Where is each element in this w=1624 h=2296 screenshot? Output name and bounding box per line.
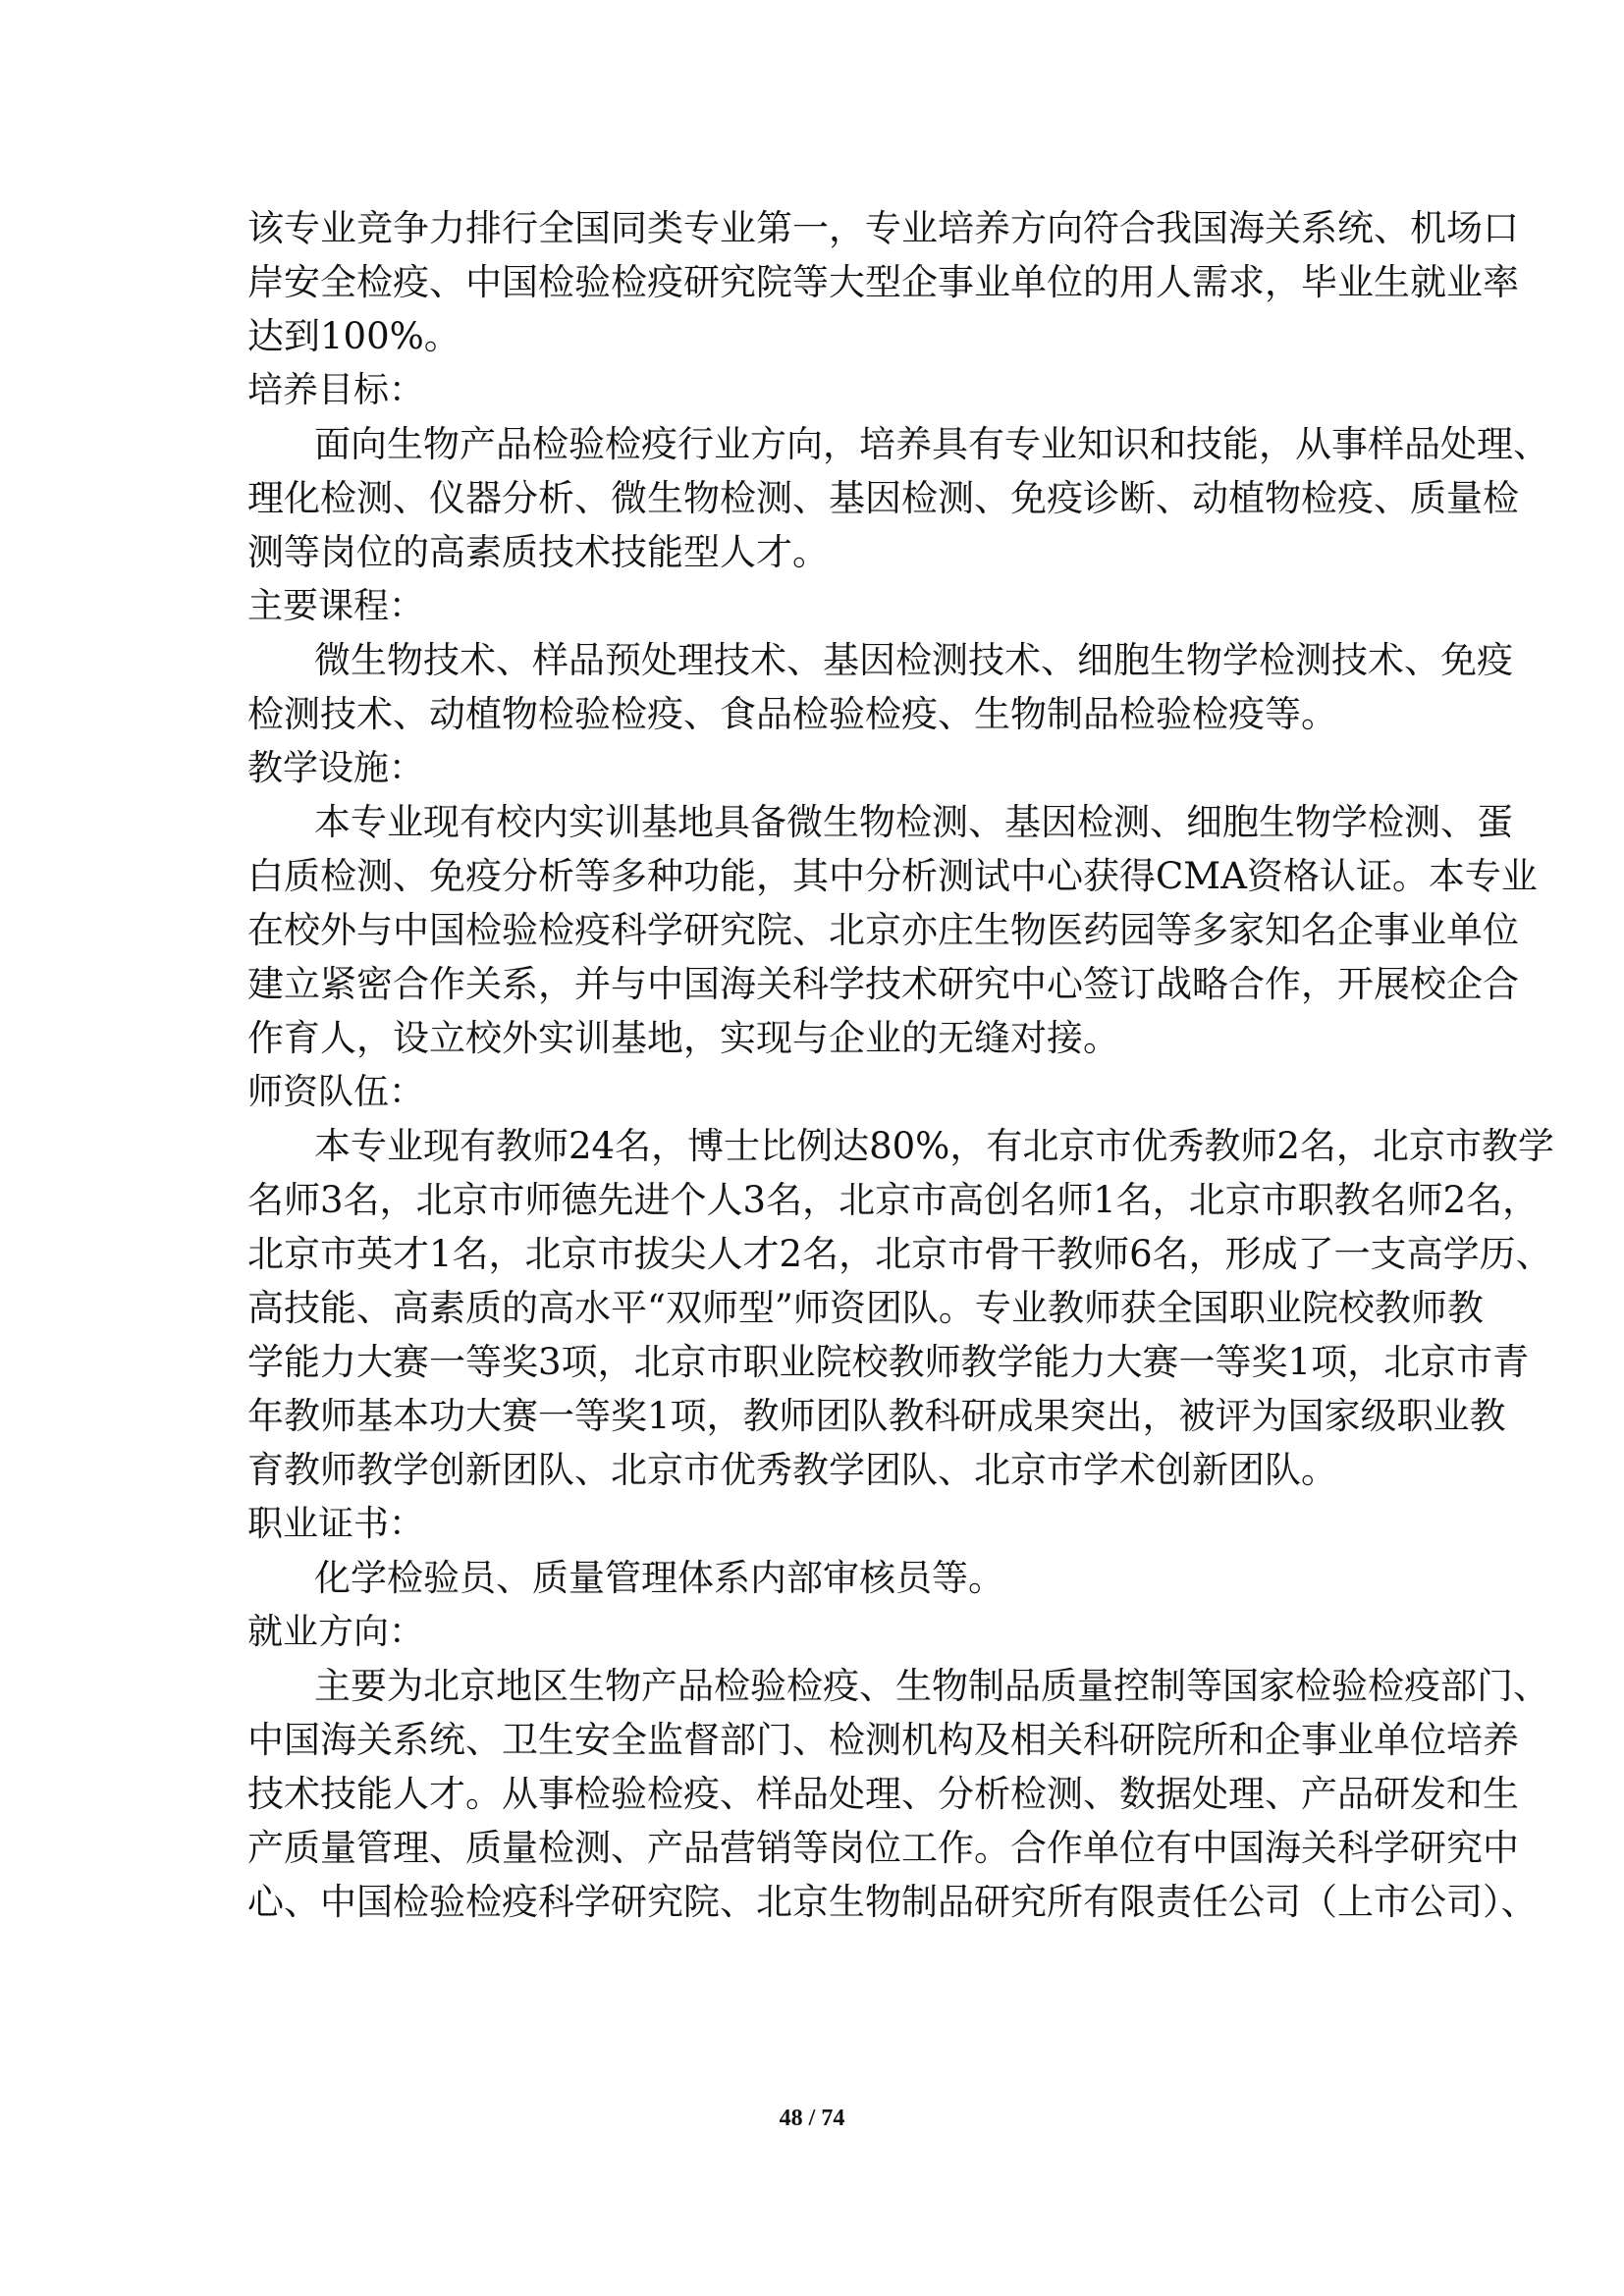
section-heading: 职业证书： [247, 1497, 1377, 1551]
text-line: 检测技术、动植物检验检疫、食品检验检疫、生物制品检验检疫等。 [247, 687, 1377, 741]
page-number: 48 / 74 [0, 2106, 1624, 2132]
section-heading: 主要课程： [247, 579, 1377, 633]
text-line: 面向生物产品检验检疫行业方向，培养具有专业知识和技能，从事样品处理、 [247, 417, 1377, 471]
text-line: 本专业现有教师24名，博士比例达80%，有北京市优秀教师2名，北京市教学 [247, 1119, 1377, 1173]
section-training-goals: 培养目标： 面向生物产品检验检疫行业方向，培养具有专业知识和技能，从事样品处理、… [247, 363, 1377, 579]
section-heading: 就业方向： [247, 1605, 1377, 1659]
text-line: 测等岗位的高素质技术技能型人才。 [247, 525, 1377, 579]
text-line: 岸安全检疫、中国检验检疫研究院等大型企事业单位的用人需求，毕业生就业率 [247, 255, 1377, 309]
text-line: 产质量管理、质量检测、产品营销等岗位工作。合作单位有中国海关科学研究中 [247, 1821, 1377, 1875]
section-main-courses: 主要课程： 微生物技术、样品预处理技术、基因检测技术、细胞生物学检测技术、免疫 … [247, 579, 1377, 741]
text-line: 建立紧密合作关系，并与中国海关科学技术研究中心签订战略合作，开展校企合 [247, 957, 1377, 1011]
text-line: 主要为北京地区生物产品检验检疫、生物制品质量控制等国家检验检疫部门、 [247, 1659, 1377, 1713]
text-line: 该专业竞争力排行全国同类专业第一，专业培养方向符合我国海关系统、机场口 [247, 201, 1377, 255]
text-line: 心、中国检验检疫科学研究院、北京生物制品研究所有限责任公司（上市公司）、 [247, 1875, 1377, 1929]
section-faculty: 师资队伍： 本专业现有教师24名，博士比例达80%，有北京市优秀教师2名，北京市… [247, 1065, 1377, 1497]
section-heading: 师资队伍： [247, 1065, 1377, 1119]
text-line: 本专业现有校内实训基地具备微生物检测、基因检测、细胞生物学检测、蛋 [247, 795, 1377, 849]
text-line: 学能力大赛一等奖3项，北京市职业院校教师教学能力大赛一等奖1项，北京市青 [247, 1335, 1377, 1389]
document-page: 该专业竞争力排行全国同类专业第一，专业培养方向符合我国海关系统、机场口 岸安全检… [247, 201, 1377, 1929]
text-line: 白质检测、免疫分析等多种功能，其中分析测试中心获得CMA资格认证。本专业 [247, 849, 1377, 903]
text-line: 技术技能人才。从事检验检疫、样品处理、分析检测、数据处理、产品研发和生 [247, 1767, 1377, 1821]
text-line: 化学检验员、质量管理体系内部审核员等。 [247, 1551, 1377, 1605]
section-heading: 教学设施： [247, 741, 1377, 795]
text-line: 作育人，设立校外实训基地，实现与企业的无缝对接。 [247, 1011, 1377, 1065]
section-employment: 就业方向： 主要为北京地区生物产品检验检疫、生物制品质量控制等国家检验检疫部门、… [247, 1605, 1377, 1929]
text-line: 在校外与中国检验检疫科学研究院、北京亦庄生物医药园等多家知名企事业单位 [247, 903, 1377, 957]
section-teaching-facilities: 教学设施： 本专业现有校内实训基地具备微生物检测、基因检测、细胞生物学检测、蛋 … [247, 741, 1377, 1065]
text-line: 中国海关系统、卫生安全监督部门、检测机构及相关科研院所和企事业单位培养 [247, 1713, 1377, 1767]
intro-paragraph: 该专业竞争力排行全国同类专业第一，专业培养方向符合我国海关系统、机场口 岸安全检… [247, 201, 1377, 363]
section-heading: 培养目标： [247, 363, 1377, 417]
text-line: 微生物技术、样品预处理技术、基因检测技术、细胞生物学检测技术、免疫 [247, 633, 1377, 687]
text-line: 理化检测、仪器分析、微生物检测、基因检测、免疫诊断、动植物检疫、质量检 [247, 471, 1377, 525]
text-line: 北京市英才1名，北京市拔尖人才2名，北京市骨干教师6名，形成了一支高学历、 [247, 1227, 1377, 1281]
text-line: 高技能、高素质的高水平“双师型”师资团队。专业教师获全国职业院校教师教 [247, 1281, 1377, 1335]
text-line: 名师3名，北京市师德先进个人3名，北京市高创名师1名，北京市职教名师2名， [247, 1173, 1377, 1227]
text-line: 年教师基本功大赛一等奖1项，教师团队教科研成果突出，被评为国家级职业教 [247, 1389, 1377, 1443]
text-line: 育教师教学创新团队、北京市优秀教学团队、北京市学术创新团队。 [247, 1443, 1377, 1497]
section-certificates: 职业证书： 化学检验员、质量管理体系内部审核员等。 [247, 1497, 1377, 1605]
text-line: 达到100%。 [247, 309, 1377, 363]
